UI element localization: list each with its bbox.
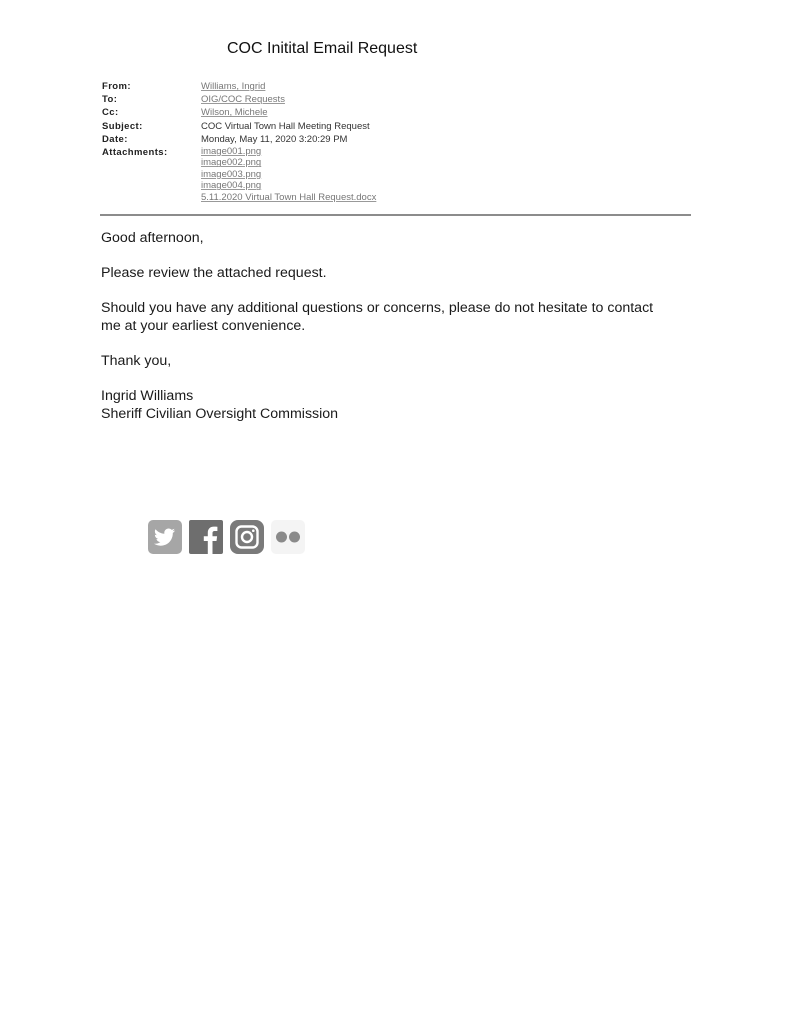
cc-label: Cc: [102, 106, 201, 119]
attachment-link[interactable]: image002.png [201, 157, 376, 168]
attachment-link[interactable]: 5.11.2020 Virtual Town Hall Request.docx [201, 192, 376, 203]
email-body: Good afternoon, Please review the attach… [101, 229, 701, 423]
cc-link[interactable]: Wilson, Michele [201, 106, 268, 119]
date-label: Date: [102, 133, 201, 146]
facebook-icon[interactable] [188, 519, 224, 555]
body-line-review: Please review the attached request. [101, 264, 701, 282]
greeting: Good afternoon, [101, 229, 701, 247]
document-title: COC Initital Email Request [227, 40, 417, 58]
to-row: To: OIG/COC Requests [102, 93, 376, 106]
body-line-questions: Should you have any additional questions… [101, 299, 701, 317]
date-row: Date: Monday, May 11, 2020 3:20:29 PM [102, 133, 376, 146]
attachments-list: image001.png image002.png image003.png i… [201, 146, 376, 203]
from-link[interactable]: Williams, Ingrid [201, 80, 265, 93]
cc-row: Cc: Wilson, Michele [102, 106, 376, 119]
from-label: From: [102, 80, 201, 93]
body-line-convenience: me at your earliest convenience. [101, 317, 701, 335]
signature-name: Ingrid Williams [101, 387, 701, 405]
email-header: From: Williams, Ingrid To: OIG/COC Reque… [102, 80, 376, 203]
date-value: Monday, May 11, 2020 3:20:29 PM [201, 133, 347, 146]
attachments-label: Attachments: [102, 146, 201, 203]
attachment-link[interactable]: image001.png [201, 146, 376, 157]
flickr-icon[interactable] [270, 519, 306, 555]
closing: Thank you, [101, 352, 701, 370]
attachments-row: Attachments: image001.png image002.png i… [102, 146, 376, 203]
instagram-icon[interactable] [229, 519, 265, 555]
twitter-icon[interactable] [147, 519, 183, 555]
subject-label: Subject: [102, 120, 201, 133]
attachment-link[interactable]: image004.png [201, 180, 376, 191]
to-link[interactable]: OIG/COC Requests [201, 93, 285, 106]
social-icons [147, 519, 306, 555]
header-divider [100, 214, 691, 216]
from-row: From: Williams, Ingrid [102, 80, 376, 93]
to-label: To: [102, 93, 201, 106]
signature-org: Sheriff Civilian Oversight Commission [101, 405, 701, 423]
attachment-link[interactable]: image003.png [201, 169, 376, 180]
subject-row: Subject: COC Virtual Town Hall Meeting R… [102, 120, 376, 133]
subject-value: COC Virtual Town Hall Meeting Request [201, 120, 370, 133]
